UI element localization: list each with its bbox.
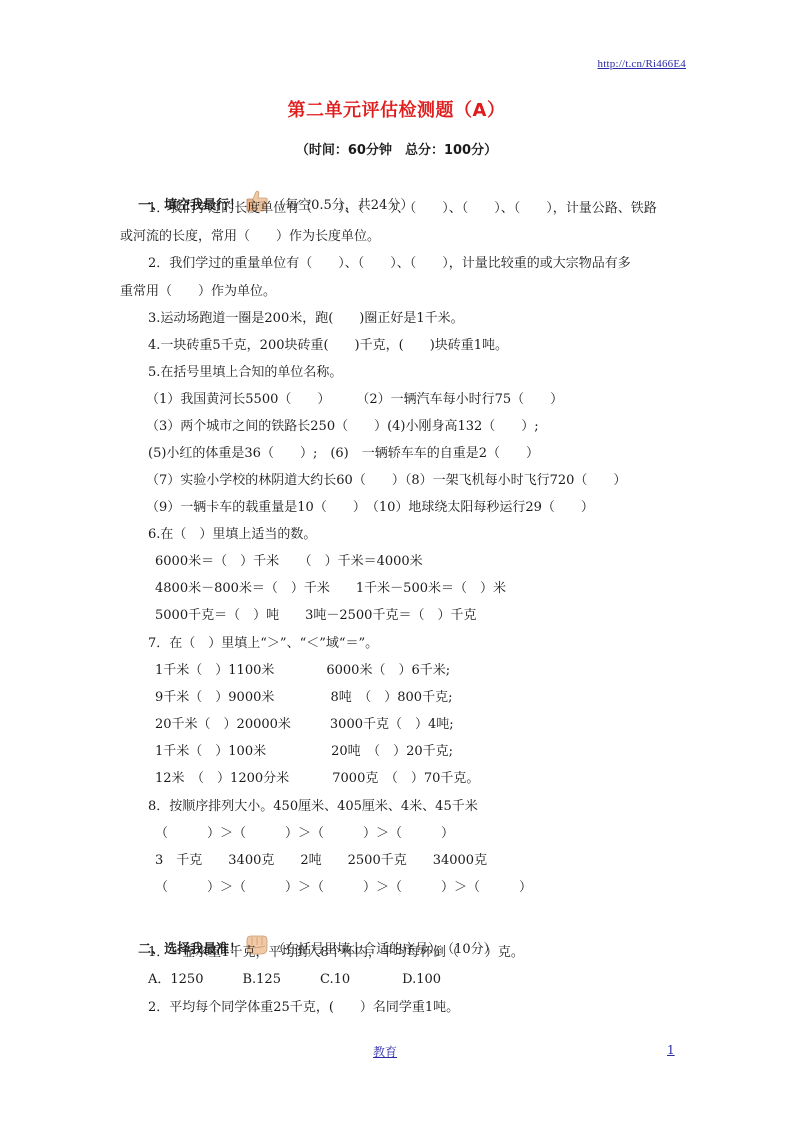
question-line: 重常用（ ）作为单位。 bbox=[120, 283, 276, 301]
question-line: 8．按顺序排列大小。450厘米、405厘米、4米、45千米 bbox=[148, 798, 478, 816]
section2-heading-row: 二、选择我最准！ （在括号里填上合适的序号）。（10分） bbox=[120, 916, 497, 934]
question-line: 5.在括号里填上合知的单位名称。 bbox=[148, 364, 342, 382]
question-line: 1千米（ ）1100米 6000米（ ）6千米; bbox=[155, 662, 450, 680]
question-line: （3）两个城市之间的铁路长250（ ）(4)小刚身高132（ ）; bbox=[146, 418, 539, 436]
question-line: 1．一壶水重1千克，平均倒入8个杯内，平均每杯倒（ ）克。 bbox=[148, 944, 524, 962]
question-line: （7）实验小学校的林阴道大约长60（ ）（8）一架飞机每小时飞行720（ ） bbox=[146, 472, 626, 490]
exam-info: （时间：60分钟 总分：100分） bbox=[0, 139, 793, 158]
question-line: （1）我国黄河长5500（ ） （2）一辆汽车每小时行75（ ） bbox=[146, 391, 563, 409]
page-number[interactable]: 1 bbox=[667, 1043, 675, 1057]
question-line: 2．我们学过的重量单位有（ ）、（ ）、（ ），计量比较重的或大宗物品有多 bbox=[148, 255, 631, 273]
question-line: （9）一辆卡车的载重量是10（ ） （10）地球绕太阳每秒运行29（ ） bbox=[146, 499, 594, 517]
footer-link[interactable]: 教育 bbox=[373, 1043, 397, 1060]
question-line: 7．在（ ）里填上“＞”、“＜”域“＝”。 bbox=[148, 635, 378, 653]
question-line: 12米 （ ）1200分米 7000克 （ ）70千克。 bbox=[155, 770, 479, 788]
section1-heading-row: 一、填空我最行！ （每空0.5分，共24分） bbox=[120, 172, 413, 190]
question-line: 9千米（ ）9000米 8吨 （ ）800千克; bbox=[155, 689, 452, 707]
question-line: （ ）＞（ ）＞（ ）＞（ ）＞（ ） bbox=[155, 879, 532, 897]
question-line: 或河流的长度，常用（ ）作为长度单位。 bbox=[120, 228, 380, 246]
question-line: 5000千克＝（ ）吨 3吨－2500千克＝（ ）千克 bbox=[155, 607, 476, 625]
question-line: 6000米＝（ ）千米 （ ）千米＝4000米 bbox=[155, 553, 423, 571]
question-line: 3.运动场跑道一圈是200米，跑( )圈正好是1千米。 bbox=[148, 310, 464, 328]
answer-options: A．1250 B.125 C.10 D.100 bbox=[148, 971, 441, 989]
document-page: http://t.cn/Ri466E4 第二单元评估检测题（A） （时间：60分… bbox=[0, 0, 793, 1122]
question-line: （ ）＞（ ）＞（ ）＞（ ） bbox=[155, 825, 454, 843]
question-line: 20千米（ ）20000米 3000千克（ ）4吨; bbox=[155, 716, 454, 734]
question-line: 4800米－800米＝（ ）千米 1千米－500米＝（ ）米 bbox=[155, 580, 506, 598]
question-line: 2．平均每个同学体重25千克，( ）名同学重1吨。 bbox=[148, 999, 459, 1017]
question-line: 1千米（ ）100米 20吨 （ ）20千克; bbox=[155, 743, 453, 761]
question-line: 6.在（ ）里填上适当的数。 bbox=[148, 526, 316, 544]
question-line: (5)小红的体重是36（ ）; (6) 一辆轿车车的自重是2（ ） bbox=[148, 445, 539, 463]
question-line: 1．我们学过的长度单位有（ ）、（ ）、（ ）、（ ）、（ ），计量公路、铁路 bbox=[148, 200, 657, 218]
question-line: 3 千克 3400克 2吨 2500千克 34000克 bbox=[155, 852, 487, 870]
page-title: 第二单元评估检测题（A） bbox=[0, 96, 793, 122]
question-line: 4.一块砖重5千克，200块砖重( )千克，( )块砖重1吨。 bbox=[148, 337, 508, 355]
header-link[interactable]: http://t.cn/Ri466E4 bbox=[598, 58, 686, 70]
